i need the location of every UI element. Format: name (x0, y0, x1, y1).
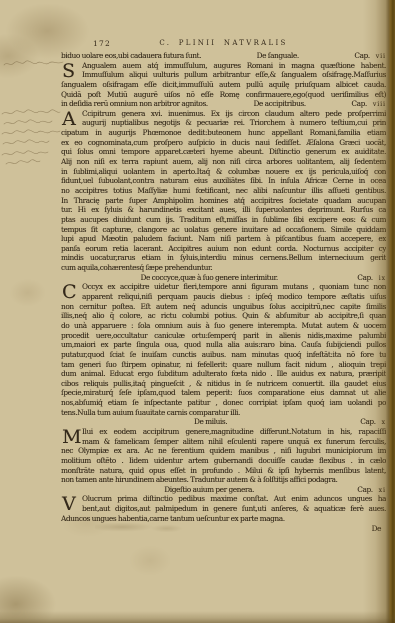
cap-numeral: ix (379, 274, 386, 283)
text-line: Aduncos ungues habentia,carne tantum ueſ… (61, 514, 386, 524)
chapter-cap: Cap.ix (357, 273, 386, 283)
text-line: um,maiori ex parte ſingula oua, quod nul… (61, 340, 386, 350)
text-line: cipatum in augurijs Phœmonoe dedit:buteo… (61, 128, 386, 138)
text-line: ex eo cognominata,cum proſpero auſpicio … (61, 138, 386, 148)
text-line: non cernitur poſtea. Eſt autem neq́ adun… (61, 302, 386, 312)
text-line: nos,abſumiq́ etiam ſe inſpectante patitu… (61, 398, 386, 408)
text-line: augurij nuptialibus negotijs & pecuariæ … (82, 118, 386, 128)
text-line: in ſublimi,aliqui uolantem in aperto.Ita… (61, 167, 386, 177)
text-line: lupi apud Mæotin paludem faciunt. Nam ni… (61, 234, 386, 244)
text-line: tens.Nulla tum auium ſuauitate carnis co… (61, 408, 386, 418)
chapter-cap: Cap.viii (351, 99, 386, 109)
text-line: tempus ſit capturæ, clangore ac uolatus … (61, 225, 386, 235)
text-line: mam & famelicam ſemper alitem nihil eſcu… (82, 437, 386, 447)
cap-numeral: x (382, 418, 386, 427)
drop-cap: M (62, 428, 81, 446)
text-line: nec Olympiæ ex ara. Ac ne ferentium quid… (61, 446, 386, 456)
text-line: illis,neq́ alio q̄ colore, ac rictu colu… (61, 311, 386, 321)
text-line: cum aquila,cohærentesq́ ſæpe prehenduntu… (61, 263, 386, 273)
drop-cap-block: SAngualem auem atq́ immuſſulum, augures … (61, 61, 386, 80)
chapter-heading-row: biduo uolare eos,ubi cadauera futura ſun… (61, 51, 386, 61)
cap-label: Cap. (357, 273, 372, 283)
text-block: biduo uolare eos,ubi cadauera futura ſun… (61, 51, 386, 534)
cap-label: Cap. (354, 51, 369, 61)
chapter-title: De coccyce,quæ à ſuo genere interimitur. (141, 273, 278, 283)
text-line: bent,aut digitos,aut palmipedum in gener… (82, 504, 386, 514)
chapter-title: De accipitribus. (253, 99, 305, 109)
handwritten-annotation-side (0, 107, 62, 169)
chapter-cap: Cap.xi (357, 485, 386, 495)
chapter-heading-row: De miluis.Cap.x (61, 417, 386, 427)
drop-cap: V (62, 495, 76, 513)
text-line: Ccipitrum genera xvi. inuenimus. Ex ijs … (82, 109, 386, 119)
page-header: 172 C. PLINII NATVRALIS (61, 39, 386, 49)
chapter-heading-row: in deſidia rerū omnium non arbitror agni… (61, 99, 386, 109)
text-line: procedit uere,occultatur caniculæ ortu:ſ… (61, 331, 386, 341)
text-line: qui ſolus omni tempore apparet.cæteri hy… (61, 147, 386, 157)
chapter-cap: Cap.vii (354, 51, 386, 61)
text-line: ptas aucupes diuidunt cum ijs. Traditum … (61, 215, 386, 225)
text-line: tam generi ſuo ſtirpem opinatur, ni fefe… (61, 360, 386, 370)
text-line: tur. Hi ex ſyluis & harundinetis excitan… (61, 205, 386, 215)
text-line: fidunt,uel ſubuolant,contra naturam eius… (61, 176, 386, 186)
chapter-heading-row: De coccyce,quæ à ſuo genere interimitur.… (61, 273, 386, 283)
cap-label: Cap. (357, 485, 372, 495)
text-line: molitium oſtēto . Iidem uidentur artem g… (61, 456, 386, 466)
text-line: ſangualem oſsifragam eſſe dicit,immuſſul… (61, 80, 386, 90)
text-line: putatur,quod ſciat ſe inuiſam cunctis au… (61, 350, 386, 360)
text-line: dum animal. Educat ergo ſubditum adulter… (61, 369, 386, 379)
chapter-cap: Cap.x (360, 417, 386, 427)
text-line: Angualem auem atq́ immuſſulum, augures R… (82, 61, 386, 71)
text-line: no accipitres totius Maſſyliæ humi fœtif… (61, 186, 386, 196)
drop-cap-block: COccyx ex accipitre uidetur fieri,tempor… (61, 282, 386, 301)
text-line: apparent reliqui,niſi perquam paucis die… (82, 292, 386, 302)
drop-cap: A (62, 110, 76, 128)
text-line: mindis uocatur,rarus etiam in ſyluis,int… (61, 253, 386, 263)
chapter-title: De miluis. (194, 417, 227, 427)
page-shadow-bottom (0, 611, 395, 623)
text-line: Quidā poſt Mutiū augurē uiſos nō eſſe Ro… (61, 90, 386, 100)
text-line: ſpecie,miraturq́ ſeſe ipſam,quod talem p… (61, 388, 386, 398)
drop-cap-block: ACcipitrum genera xvi. inuenimus. Ex ijs… (61, 109, 386, 128)
heading-left-text: in deſidia rerū omnium non arbitror agni… (61, 99, 208, 109)
drop-cap-block: MIlui ex eodem accipitrum genere,magnitu… (61, 427, 386, 446)
text-line: monſtrāte natura, quid opus eſſet in pro… (61, 466, 386, 476)
cap-label: Cap. (351, 99, 366, 109)
cap-label: Cap. (360, 417, 375, 427)
cap-numeral: viii (373, 100, 386, 109)
catchword: De (61, 524, 386, 534)
chapter-title: Digeſtio auium per genera. (164, 485, 254, 495)
heading-left-text: biduo uolare eos,ubi cadauera futura ſun… (61, 51, 201, 61)
handwritten-annotation-top (2, 54, 66, 72)
cap-numeral: vii (376, 52, 386, 61)
text-line: Immuſſulum aliqui uulturis pullum arbitr… (82, 70, 386, 80)
text-line: panſa eorum retia lacerant. Accipitres a… (61, 244, 386, 254)
text-line: Olucrum prima diſtinctio pedibus maxime … (82, 494, 386, 504)
book-page-scan: 172 C. PLINII NATVRALIS biduo uolare eos… (0, 0, 395, 623)
text-line: Ilui ex eodem accipitrum genere,magnitud… (82, 427, 386, 437)
text-line: In Thracię parte ſuper Amphipolim homine… (61, 196, 386, 206)
text-line: Occyx ex accipitre uidetur fieri,tempore… (82, 282, 386, 292)
cap-numeral: xi (379, 486, 386, 495)
text-line: cibos reliquis pullis,itaq́ pingueſcit ,… (61, 379, 386, 389)
drop-cap: C (62, 283, 77, 301)
text-line: Alij non niſi ex terra rapiunt auem, ali… (61, 157, 386, 167)
folio-number: 172 (93, 39, 111, 48)
text-line: non tamen ante hirundinem abeuntes. Trad… (61, 475, 386, 485)
chapter-heading-row: Digeſtio auium per genera.Cap.xi (61, 485, 386, 495)
drop-cap: S (62, 62, 75, 80)
drop-cap-block: VOlucrum prima diſtinctio pedibus maxime… (61, 494, 386, 513)
text-line: do unà apparuere : ſola omnium auis à ſu… (61, 321, 386, 331)
chapter-title: De ſanguale. (257, 51, 299, 61)
